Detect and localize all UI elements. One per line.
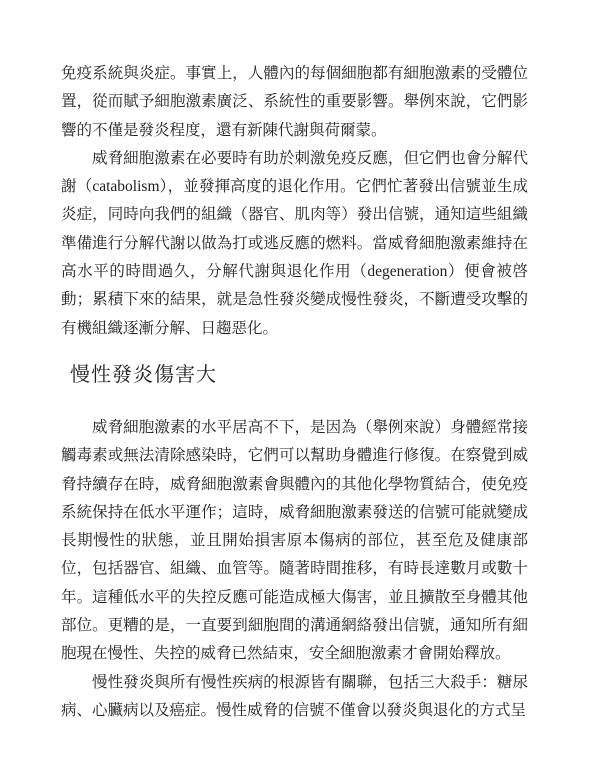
paragraph-threat-cytokines: 威脅細胞激素在必要時有助於刺激免疫反應，但它們也會分解代謝（catabolism… [61,145,528,343]
text-block: 免疫系統與炎症。事實上，人體內的每個細胞都有細胞激素的受體位置，從而賦予細胞激素… [61,60,528,725]
paragraph-chronic-disease-link: 慢性發炎與所有慢性疾病的根源皆有關聯，包括三大殺手：糖尿病、心臟病以及癌症。慢性… [61,669,528,726]
heading-chronic-inflammation: 慢性發炎傷害大 [61,360,528,390]
paragraph-chronic-low-level: 威脅細胞激素的水平居高不下，是因為（舉例來說）身體經常接觸毒素或無法清除感染時，… [61,414,528,669]
paragraph-immune-system-continued: 免疫系統與炎症。事實上，人體內的每個細胞都有細胞激素的受體位置，從而賦予細胞激素… [61,60,528,145]
book-page: 免疫系統與炎症。事實上，人體內的每個細胞都有細胞激素的受體位置，從而賦予細胞激素… [0,0,600,772]
